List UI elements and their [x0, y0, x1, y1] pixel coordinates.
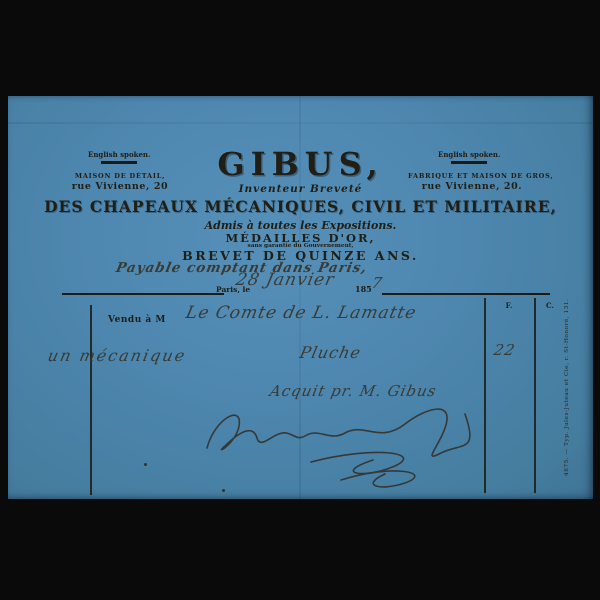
customer-name: Le Comte de L. Lamatte: [184, 305, 418, 322]
tagline: DES CHAPEAUX MÉCANIQUES, CIVIL ET MILITA…: [8, 199, 593, 215]
column-header-centimes: C.: [536, 302, 564, 309]
date-rule-left: [62, 293, 224, 295]
brand-title: GIBUS,: [8, 148, 593, 180]
date-year-digit: 7: [370, 276, 384, 291]
invoice-paper: English spoken. MAISON DE DÉTAIL, rue Vi…: [8, 96, 593, 499]
sold-to-label: Vendu à M: [108, 316, 166, 325]
printer-credit: 4875. — Typ. Jules-Juteau et Cie, r. St-…: [564, 290, 570, 476]
table-centimes-border: [534, 298, 536, 493]
item-detail: Pluche: [298, 345, 362, 361]
table-left-border: [90, 305, 92, 495]
brand-subtitle: Inventeur Breveté: [8, 184, 593, 195]
date-rule-right: [382, 293, 550, 295]
paper-speck: [222, 489, 225, 492]
signature-flourish: [193, 396, 493, 486]
column-header-francs: F.: [484, 302, 534, 309]
paper-crease: [8, 122, 593, 124]
item-description: un mécanique: [46, 348, 188, 364]
paper-speck: [144, 463, 147, 466]
item-amount-francs: 22: [492, 343, 516, 358]
date-handwritten: 28 Janvier: [234, 272, 336, 289]
admissions-line: Admis à toutes les Expositions.: [8, 220, 593, 231]
